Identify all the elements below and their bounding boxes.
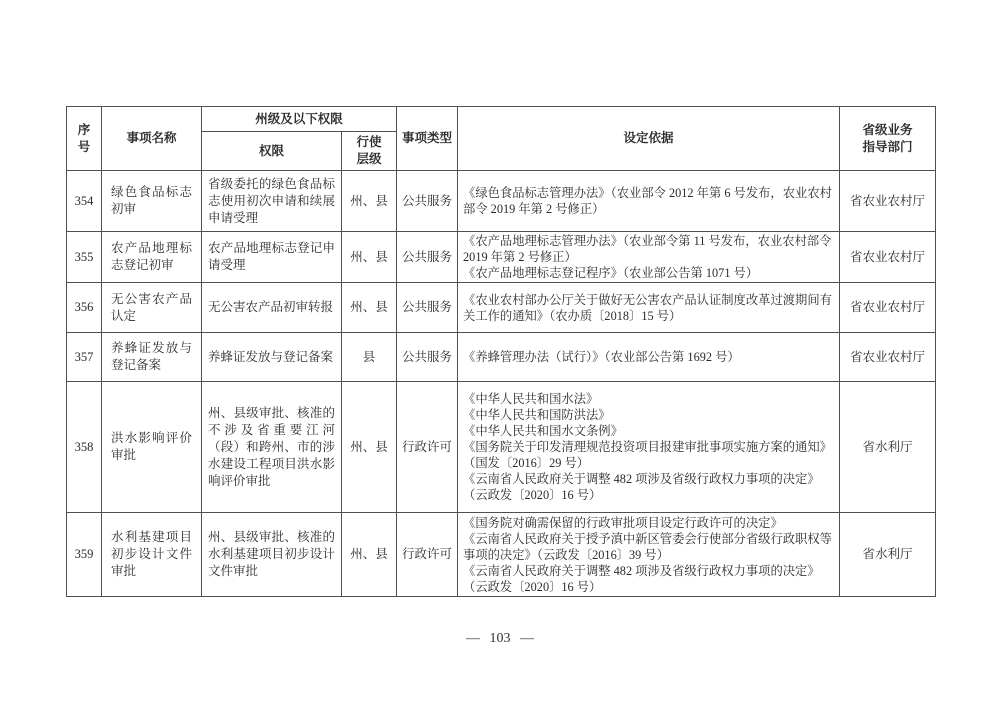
table-row-357: 357 养蜂证发放与登记备案 养蜂证发放与登记备案 县 公共服务 《养蜂管理办法… — [67, 333, 936, 382]
cell-item-type: 公共服务 — [397, 171, 458, 232]
basis-entry: 《云南省人民政府关于调整 482 项涉及省级行政权力事项的决定》（云政发〔202… — [463, 563, 834, 595]
cell-authority: 州、县级审批、核准的不涉及省重要江河（段）和跨州、市的涉水建设工程项目洪水影响评… — [202, 382, 342, 513]
basis-entry: 《中华人民共和国水法》 — [463, 391, 834, 407]
cell-exercise-level: 州、县 — [342, 382, 397, 513]
basis-entry: 《中华人民共和国水文条例》 — [463, 423, 834, 439]
basis-entry: 《国务院关于印发清理规范投资项目报建审批事项实施方案的通知》（国发〔2016〕2… — [463, 439, 834, 471]
cell-serial-number: 354 — [67, 171, 102, 232]
cell-exercise-level: 州、县 — [342, 232, 397, 283]
header-serial-number: 序 号 — [67, 107, 102, 171]
cell-guidance-dept: 省农业农村厅 — [840, 171, 936, 232]
cell-item-name: 水利基建项目初步设计文件审批 — [102, 513, 202, 597]
cell-serial-number: 357 — [67, 333, 102, 382]
cell-item-type: 公共服务 — [397, 333, 458, 382]
basis-entry: 《云南省人民政府关于授予滇中新区管委会行使部分省级行政职权等事项的决定》（云政发… — [463, 531, 834, 563]
cell-serial-number: 358 — [67, 382, 102, 513]
header-item-type: 事项类型 — [397, 107, 458, 171]
cell-setting-basis: 《养蜂管理办法（试行）》（农业部公告第 1692 号） — [458, 333, 840, 382]
cell-authority: 养蜂证发放与登记备案 — [202, 333, 342, 382]
cell-guidance-dept: 省农业农村厅 — [840, 333, 936, 382]
cell-guidance-dept: 省水利厅 — [840, 382, 936, 513]
authority-items-table: 序 号 事项名称 州级及以下权限 事项类型 设定依据 省级业务 指导部门 权限 … — [66, 106, 936, 597]
header-item-name: 事项名称 — [102, 107, 202, 171]
cell-setting-basis: 《绿色食品标志管理办法》（农业部令 2012 年第 6 号发布，农业农村部令 2… — [458, 171, 840, 232]
header-provincial-guidance-dept: 省级业务 指导部门 — [840, 107, 936, 171]
header-authority: 权限 — [202, 132, 342, 171]
cell-item-type: 公共服务 — [397, 232, 458, 283]
cell-exercise-level: 州、县 — [342, 283, 397, 333]
table-row-355: 355 农产品地理标志登记初审 农产品地理标志登记申请受理 州、县 公共服务 《… — [67, 232, 936, 283]
document-page: 序 号 事项名称 州级及以下权限 事项类型 设定依据 省级业务 指导部门 权限 … — [0, 0, 1000, 707]
cell-item-name: 绿色食品标志初审 — [102, 171, 202, 232]
basis-entry: 《云南省人民政府关于调整 482 项涉及省级行政权力事项的决定》（云政发〔202… — [463, 471, 834, 503]
table-header-row-1: 序 号 事项名称 州级及以下权限 事项类型 设定依据 省级业务 指导部门 — [67, 107, 936, 132]
basis-entry: 《农业农村部办公厅关于做好无公害农产品认证制度改革过渡期间有关工作的通知》（农办… — [463, 292, 834, 324]
cell-serial-number: 359 — [67, 513, 102, 597]
table-row-354: 354 绿色食品标志初审 省级委托的绿色食品标志使用初次申请和续展申请受理 州、… — [67, 171, 936, 232]
cell-guidance-dept: 省农业农村厅 — [840, 283, 936, 333]
basis-entry: 《农产品地理标志登记程序》（农业部公告第 1071 号） — [463, 265, 834, 281]
cell-setting-basis: 《中华人民共和国水法》 《中华人民共和国防洪法》 《中华人民共和国水文条例》 《… — [458, 382, 840, 513]
cell-authority: 农产品地理标志登记申请受理 — [202, 232, 342, 283]
header-exercise-level: 行使 层级 — [342, 132, 397, 171]
table-row-359: 359 水利基建项目初步设计文件审批 州、县级审批、核准的水利基建项目初步设计文… — [67, 513, 936, 597]
cell-item-type: 行政许可 — [397, 382, 458, 513]
basis-entry: 《农产品地理标志管理办法》（农业部令第 11 号发布，农业农村部令 2019 年… — [463, 233, 834, 265]
header-setting-basis: 设定依据 — [458, 107, 840, 171]
cell-authority: 省级委托的绿色食品标志使用初次申请和续展申请受理 — [202, 171, 342, 232]
cell-authority: 无公害农产品初审转报 — [202, 283, 342, 333]
cell-guidance-dept: 省水利厅 — [840, 513, 936, 597]
cell-item-name: 农产品地理标志登记初审 — [102, 232, 202, 283]
cell-authority: 州、县级审批、核准的水利基建项目初步设计文件审批 — [202, 513, 342, 597]
cell-item-name: 无公害农产品认定 — [102, 283, 202, 333]
header-prefecture-authority-group: 州级及以下权限 — [202, 107, 397, 132]
cell-setting-basis: 《农业农村部办公厅关于做好无公害农产品认证制度改革过渡期间有关工作的通知》（农办… — [458, 283, 840, 333]
cell-exercise-level: 县 — [342, 333, 397, 382]
basis-entry: 《绿色食品标志管理办法》（农业部令 2012 年第 6 号发布，农业农村部令 2… — [463, 185, 834, 217]
cell-setting-basis: 《国务院对确需保留的行政审批项目设定行政许可的决定》 《云南省人民政府关于授予滇… — [458, 513, 840, 597]
page-number: — 103 — — [0, 631, 1000, 647]
basis-entry: 《养蜂管理办法（试行）》（农业部公告第 1692 号） — [463, 349, 834, 365]
cell-item-name: 洪水影响评价审批 — [102, 382, 202, 513]
cell-guidance-dept: 省农业农村厅 — [840, 232, 936, 283]
table-row-358: 358 洪水影响评价审批 州、县级审批、核准的不涉及省重要江河（段）和跨州、市的… — [67, 382, 936, 513]
basis-entry: 《中华人民共和国防洪法》 — [463, 407, 834, 423]
basis-entry: 《国务院对确需保留的行政审批项目设定行政许可的决定》 — [463, 515, 834, 531]
cell-setting-basis: 《农产品地理标志管理办法》（农业部令第 11 号发布，农业农村部令 2019 年… — [458, 232, 840, 283]
cell-item-type: 公共服务 — [397, 283, 458, 333]
cell-serial-number: 355 — [67, 232, 102, 283]
cell-exercise-level: 州、县 — [342, 171, 397, 232]
cell-item-name: 养蜂证发放与登记备案 — [102, 333, 202, 382]
cell-exercise-level: 州、县 — [342, 513, 397, 597]
table-row-356: 356 无公害农产品认定 无公害农产品初审转报 州、县 公共服务 《农业农村部办… — [67, 283, 936, 333]
cell-serial-number: 356 — [67, 283, 102, 333]
cell-item-type: 行政许可 — [397, 513, 458, 597]
